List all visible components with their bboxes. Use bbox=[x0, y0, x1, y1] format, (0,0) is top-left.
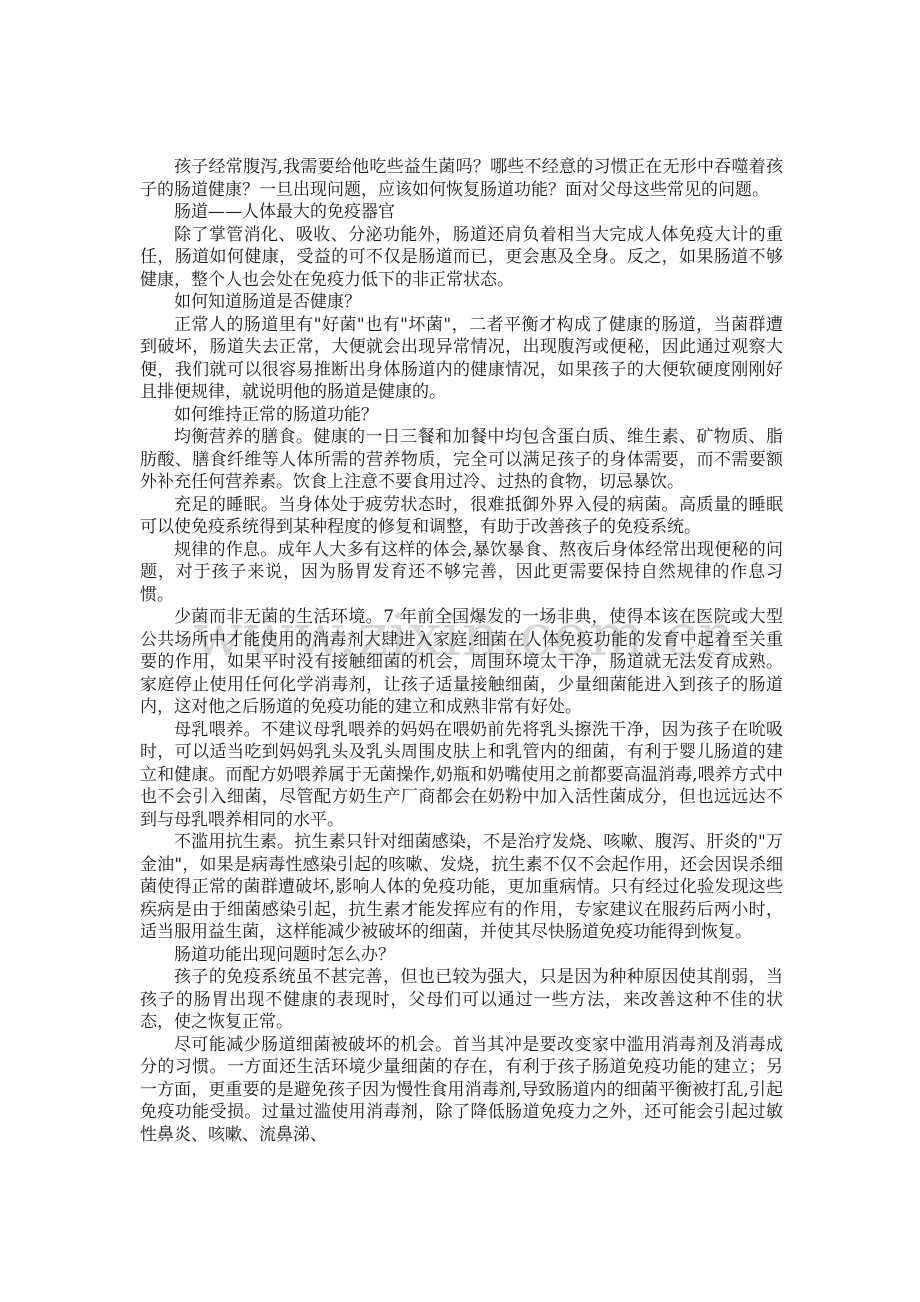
paragraph: 除了掌管消化、吸收、分泌功能外，肠道还肩负着相当大完成人体免疫大计的重任，肠道如… bbox=[140, 224, 783, 292]
paragraph-subheading: 如何知道肠道是否健康？ bbox=[140, 291, 783, 314]
paragraph: 孩子经常腹泻,我需要给他吃些益生菌吗？哪些不经意的习惯正在无形中吞噬着孩子的肠道… bbox=[140, 156, 783, 201]
paragraph-subheading: 肠道功能出现问题时怎么办？ bbox=[140, 944, 783, 967]
document-body: 孩子经常腹泻,我需要给他吃些益生菌吗？哪些不经意的习惯正在无形中吞噬着孩子的肠道… bbox=[140, 156, 783, 1146]
paragraph: 正常人的肠道里有"好菌"也有"坏菌"，二者平衡才构成了健康的肠道，当菌群遭到破坏… bbox=[140, 314, 783, 404]
paragraph: 规律的作息。成年人大多有这样的体会,暴饮暴食、熬夜后身体经常出现便秘的问题，对于… bbox=[140, 539, 783, 607]
paragraph-subheading: 肠道——人体最大的免疫器官 bbox=[140, 201, 783, 224]
paragraph: 充足的睡眠。当身体处于疲劳状态时，很难抵御外界入侵的病菌。高质量的睡眠可以使免疫… bbox=[140, 494, 783, 539]
paragraph: 均衡营养的膳食。健康的一日三餐和加餐中均包含蛋白质、维生素、矿物质、脂肪酸、膳食… bbox=[140, 426, 783, 494]
document-page: www.zixin.com.cn 孩子经常腹泻,我需要给他吃些益生菌吗？哪些不经… bbox=[0, 0, 920, 1302]
paragraph: 母乳喂养。不建议母乳喂养的妈妈在喂奶前先将乳头擦洗干净，因为孩子在吮吸时，可以适… bbox=[140, 719, 783, 832]
paragraph: 孩子的免疫系统虽不甚完善，但也已较为强大，只是因为种种原因使其削弱，当孩子的肠胃… bbox=[140, 966, 783, 1034]
paragraph-subheading: 如何维持正常的肠道功能？ bbox=[140, 404, 783, 427]
paragraph: 尽可能减少肠道细菌被破坏的机会。首当其冲是要改变家中滥用消毒剂及消毒成分的习惯。… bbox=[140, 1034, 783, 1147]
paragraph: 少菌而非无菌的生活环境。7 年前全国爆发的一场非典，使得本该在医院或大型公共场所… bbox=[140, 606, 783, 719]
paragraph: 不滥用抗生素。抗生素只针对细菌感染，不是治疗发烧、咳嗽、腹泻、肝炎的"万金油"，… bbox=[140, 831, 783, 944]
